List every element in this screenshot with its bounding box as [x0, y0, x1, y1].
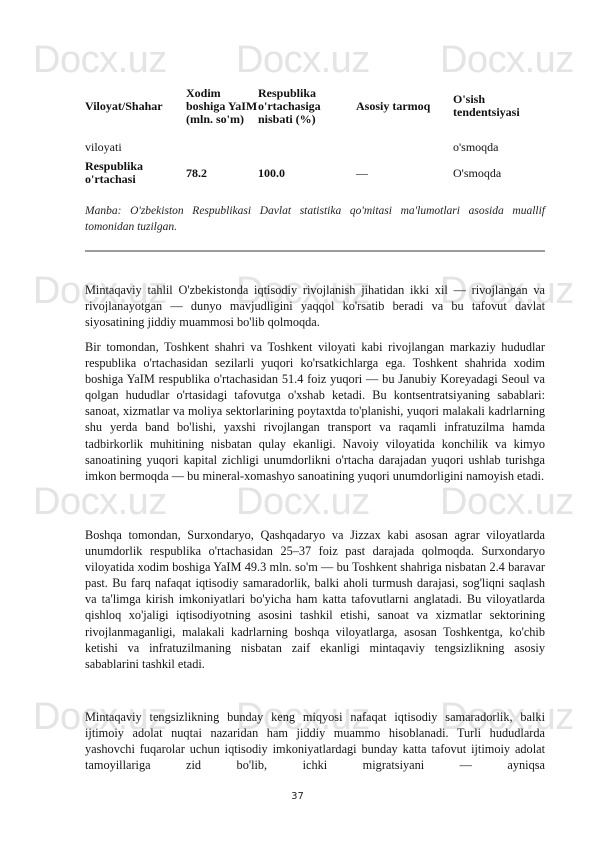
table-cell: [356, 139, 453, 156]
column-header-region: Viloyat/Shahar: [85, 73, 186, 139]
column-header-growth-trend: O'sish tendentsiyasi: [453, 73, 545, 139]
body-paragraph: Boshqa tomondan, Surxondaryo, Qashqadary…: [85, 527, 545, 672]
table-row: viloyati o'smoqda: [85, 139, 545, 156]
body-paragraph: Mintaqaviy tahlil O'zbekistonda iqtisodi…: [85, 282, 545, 330]
watermark-row: Docx.uz Docx.uz Docx.uz: [0, 482, 595, 522]
regional-productivity-table: Viloyat/Shahar Xodim boshiga YaIM (mln. …: [85, 73, 545, 190]
body-paragraph: Bir tomondan, Toshkent shahri va Toshken…: [85, 339, 545, 484]
table-cell: Respublika o'rtachasi: [85, 156, 186, 190]
table-cell: [258, 139, 356, 156]
table-cell: viloyati: [85, 139, 186, 156]
watermark-text: Docx.uz: [440, 482, 574, 522]
table-source-note: Manba: O'zbekiston Respublikasi Davlat s…: [85, 203, 545, 235]
watermark-text: Docx.uz: [236, 482, 370, 522]
table-row-republic-average: Respublika o'rtachasi 78.2 100.0 — O'smo…: [85, 156, 545, 190]
table-cell: 100.0: [258, 156, 356, 190]
section-divider: [85, 250, 545, 252]
watermark-text: Docx.uz: [33, 482, 167, 522]
column-header-ratio-to-average: Respublika o'rtachasiga nisbati (%): [258, 73, 356, 139]
body-paragraph: Mintaqaviy tengsizlikning bunday keng mi…: [85, 709, 545, 773]
table-cell: [186, 139, 258, 156]
page-number: 37: [0, 791, 595, 802]
table-cell: 78.2: [186, 156, 258, 190]
table-cell: o'smoqda: [453, 139, 545, 156]
column-header-gdp-per-worker: Xodim boshiga YaIM (mln. so'm): [186, 73, 258, 139]
table-cell: O'smoqda: [453, 156, 545, 190]
table-cell: —: [356, 156, 453, 190]
table-header-row: Viloyat/Shahar Xodim boshiga YaIM (mln. …: [85, 73, 545, 139]
column-header-main-sector: Asosiy tarmoq: [356, 73, 453, 139]
